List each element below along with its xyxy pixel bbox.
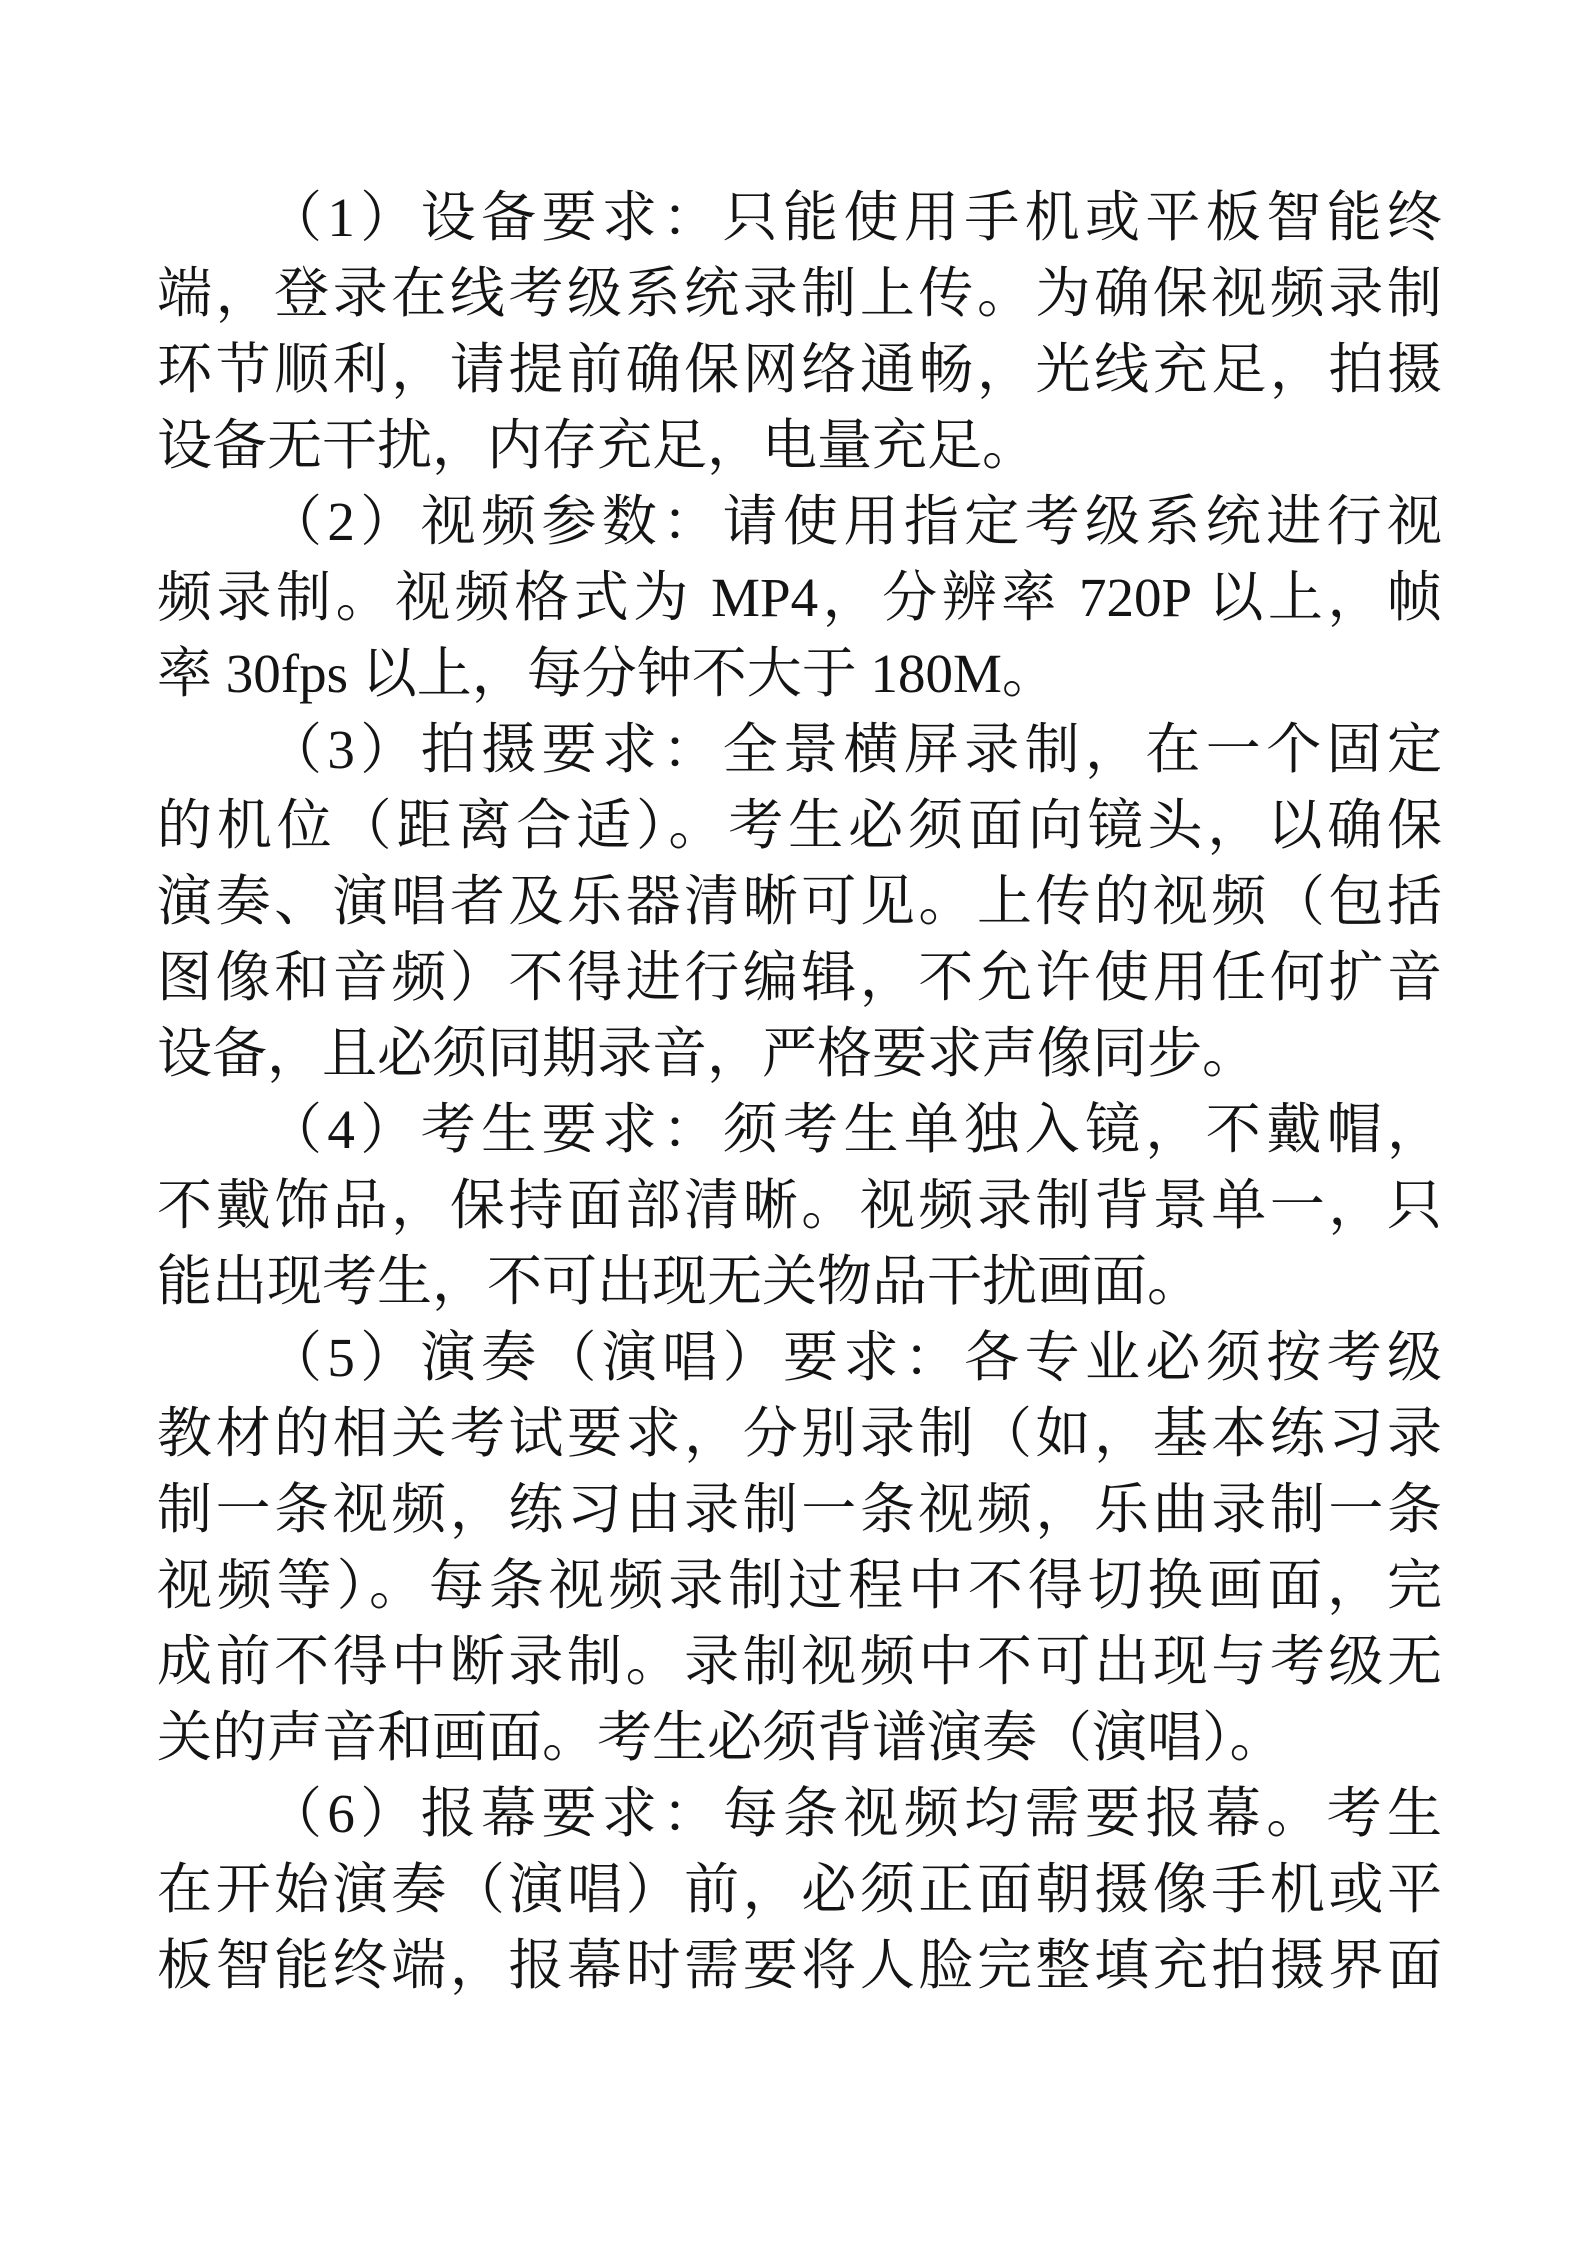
document-page: （1）设备要求：只能使用手机或平板智能终端，登录在线考级系统录制上传。为确保视频… [0, 0, 1587, 2245]
text-line: 能出现考生，不可出现无关物品干扰画面。 [157, 1244, 1442, 1320]
paragraph: （5）演奏（演唱）要求：各专业必须按考级教材的相关考试要求，分别录制（如，基本练… [157, 1320, 1442, 1776]
document-body: （1）设备要求：只能使用手机或平板智能终端，登录在线考级系统录制上传。为确保视频… [157, 180, 1442, 2004]
text-line: 成前不得中断录制。录制视频中不可出现与考级无 [157, 1624, 1442, 1700]
paragraph: （1）设备要求：只能使用手机或平板智能终端，登录在线考级系统录制上传。为确保视频… [157, 180, 1442, 484]
text-line: （5）演奏（演唱）要求：各专业必须按考级 [157, 1320, 1442, 1396]
text-line: （1）设备要求：只能使用手机或平板智能终 [157, 180, 1442, 256]
paragraph: （2）视频参数：请使用指定考级系统进行视频录制。视频格式为 MP4，分辨率 72… [157, 484, 1442, 712]
text-line: 制一条视频，练习由录制一条视频，乐曲录制一条 [157, 1472, 1442, 1548]
text-line: 板智能终端，报幕时需要将人脸完整填充拍摄界面 [157, 1928, 1442, 2004]
paragraph: （6）报幕要求：每条视频均需要报幕。考生在开始演奏（演唱）前，必须正面朝摄像手机… [157, 1776, 1442, 2004]
text-line: 频录制。视频格式为 MP4，分辨率 720P 以上，帧 [157, 560, 1442, 636]
text-line: 教材的相关考试要求，分别录制（如，基本练习录 [157, 1396, 1442, 1472]
text-line: 视频等）。每条视频录制过程中不得切换画面，完 [157, 1548, 1442, 1624]
text-line: 演奏、演唱者及乐器清晰可见。上传的视频（包括 [157, 864, 1442, 940]
text-line: 设备无干扰，内存充足，电量充足。 [157, 408, 1442, 484]
text-line: （2）视频参数：请使用指定考级系统进行视 [157, 484, 1442, 560]
paragraph: （4）考生要求：须考生单独入镜，不戴帽，不戴饰品，保持面部清晰。视频录制背景单一… [157, 1092, 1442, 1320]
text-line: 端，登录在线考级系统录制上传。为确保视频录制 [157, 256, 1442, 332]
text-line: 在开始演奏（演唱）前，必须正面朝摄像手机或平 [157, 1852, 1442, 1928]
text-line: 关的声音和画面。考生必须背谱演奏（演唱）。 [157, 1700, 1442, 1776]
text-line: （6）报幕要求：每条视频均需要报幕。考生 [157, 1776, 1442, 1852]
text-line: （4）考生要求：须考生单独入镜，不戴帽， [157, 1092, 1442, 1168]
text-line: 设备，且必须同期录音，严格要求声像同步。 [157, 1016, 1442, 1092]
text-line: （3）拍摄要求：全景横屏录制，在一个固定 [157, 712, 1442, 788]
paragraph: （3）拍摄要求：全景横屏录制，在一个固定的机位（距离合适）。考生必须面向镜头，以… [157, 712, 1442, 1092]
text-line: 环节顺利，请提前确保网络通畅，光线充足，拍摄 [157, 332, 1442, 408]
text-line: 的机位（距离合适）。考生必须面向镜头，以确保 [157, 788, 1442, 864]
text-line: 率 30fps 以上，每分钟不大于 180M。 [157, 636, 1442, 712]
text-line: 图像和音频）不得进行编辑，不允许使用任何扩音 [157, 940, 1442, 1016]
text-line: 不戴饰品，保持面部清晰。视频录制背景单一，只 [157, 1168, 1442, 1244]
